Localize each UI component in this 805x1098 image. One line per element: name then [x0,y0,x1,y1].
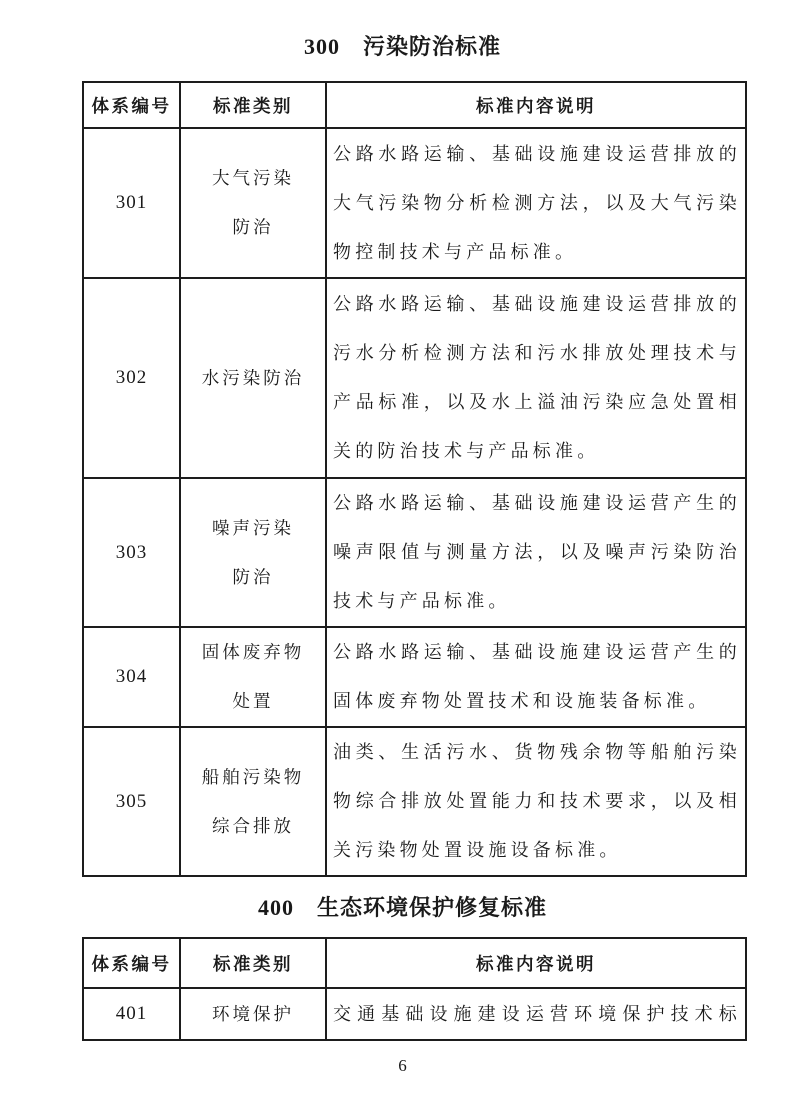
description-cell: 油类、生活污水、货物残余物等船舶污染物综合排放处置能力和技术要求，以及相关污染物… [326,727,746,876]
pollution-control-table: 体系编号 标准类别 标准内容说明 301 大气污染 防治 公路水路运输、基础设施… [82,81,747,877]
eco-protection-table: 体系编号 标准类别 标准内容说明 401 环境保护 交通基础设施建设运营环境保护… [82,937,747,1041]
document-page: 300 污染防治标准 体系编号 标准类别 标准内容说明 301 大气污染 防治 … [0,0,805,1098]
category-cell: 水污染防治 [180,278,326,478]
header-standard-description: 标准内容说明 [326,82,746,128]
header-system-code: 体系编号 [83,938,180,988]
section-title-300: 300 污染防治标准 [0,0,805,60]
description-cell: 公路水路运输、基础设施建设运营产生的噪声限值与测量方法，以及噪声污染防治技术与产… [326,478,746,627]
page-number: 6 [0,1055,805,1077]
table-header-row: 体系编号 标准类别 标准内容说明 [83,82,746,128]
category-cell: 噪声污染 防治 [180,478,326,627]
description-cell: 公路水路运输、基础设施建设运营产生的固体废弃物处置技术和设施装备标准。 [326,627,746,727]
category-cell: 大气污染 防治 [180,128,326,278]
code-cell: 303 [83,478,180,627]
description-cell: 公路水路运输、基础设施建设运营排放的污水分析检测方法和污水排放处理技术与产品标准… [326,278,746,478]
category-cell: 环境保护 [180,988,326,1040]
category-cell: 固体废弃物 处置 [180,627,326,727]
description-cell: 交通基础设施建设运营环境保护技术标 [326,988,746,1040]
code-cell: 304 [83,627,180,727]
header-standard-category: 标准类别 [180,82,326,128]
code-cell: 301 [83,128,180,278]
section-title-400: 400 生态环境保护修复标准 [0,877,805,921]
code-cell: 302 [83,278,180,478]
table-header-row: 体系编号 标准类别 标准内容说明 [83,938,746,988]
table-row: 302 水污染防治 公路水路运输、基础设施建设运营排放的污水分析检测方法和污水排… [83,278,746,478]
table-row: 303 噪声污染 防治 公路水路运输、基础设施建设运营产生的噪声限值与测量方法，… [83,478,746,627]
description-cell: 公路水路运输、基础设施建设运营排放的大气污染物分析检测方法，以及大气污染物控制技… [326,128,746,278]
category-cell: 船舶污染物 综合排放 [180,727,326,876]
table-row: 301 大气污染 防治 公路水路运输、基础设施建设运营排放的大气污染物分析检测方… [83,128,746,278]
header-system-code: 体系编号 [83,82,180,128]
header-standard-category: 标准类别 [180,938,326,988]
header-standard-description: 标准内容说明 [326,938,746,988]
table-row: 305 船舶污染物 综合排放 油类、生活污水、货物残余物等船舶污染物综合排放处置… [83,727,746,876]
table-row: 401 环境保护 交通基础设施建设运营环境保护技术标 [83,988,746,1040]
code-cell: 401 [83,988,180,1040]
table-row: 304 固体废弃物 处置 公路水路运输、基础设施建设运营产生的固体废弃物处置技术… [83,627,746,727]
code-cell: 305 [83,727,180,876]
